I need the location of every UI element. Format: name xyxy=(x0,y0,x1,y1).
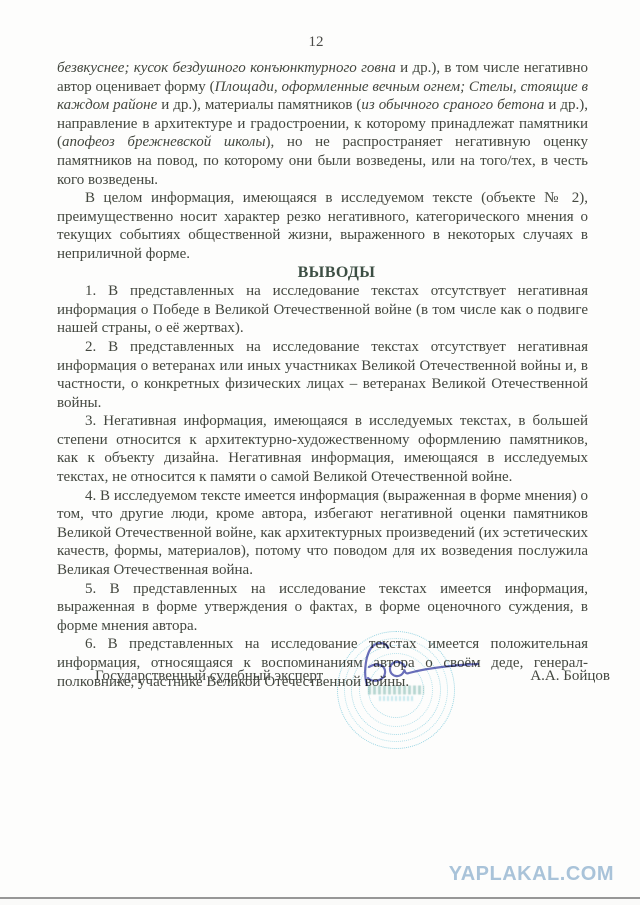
signature-row: Государственный судебный эксперт А.А. Бо… xyxy=(95,668,610,685)
paragraph-summary: В целом информация, имеющаяся в исследуе… xyxy=(57,189,588,263)
conclusion-item-2: 2. В представленных на исследование текс… xyxy=(57,338,588,412)
page-number: 12 xyxy=(0,34,632,51)
conclusion-item-4: 4. В исследуемом тексте имеется информац… xyxy=(57,487,588,580)
paragraph-continuation: безвкуснее; кусок бездушного конъюнктурн… xyxy=(57,59,588,189)
stamp-center-text-2 xyxy=(379,696,413,701)
scanned-document-page: 12 безвкуснее; кусок бездушного конъюнкт… xyxy=(0,0,640,905)
conclusion-item-3: 3. Негативная информация, имеющаяся в ис… xyxy=(57,412,588,486)
signer-role-label: Государственный судебный эксперт xyxy=(95,668,323,685)
conclusion-item-5: 5. В представленных на исследование текс… xyxy=(57,580,588,636)
signer-name: А.А. Бойцов xyxy=(530,668,610,685)
conclusion-item-1: 1. В представленных на исследование текс… xyxy=(57,282,588,338)
document-body: безвкуснее; кусок бездушного конъюнктурн… xyxy=(57,59,588,691)
site-watermark: YAPLAKAL.COM xyxy=(449,863,614,886)
page-bottom-margin xyxy=(0,899,640,905)
conclusions-heading: ВЫВОДЫ xyxy=(57,264,588,283)
